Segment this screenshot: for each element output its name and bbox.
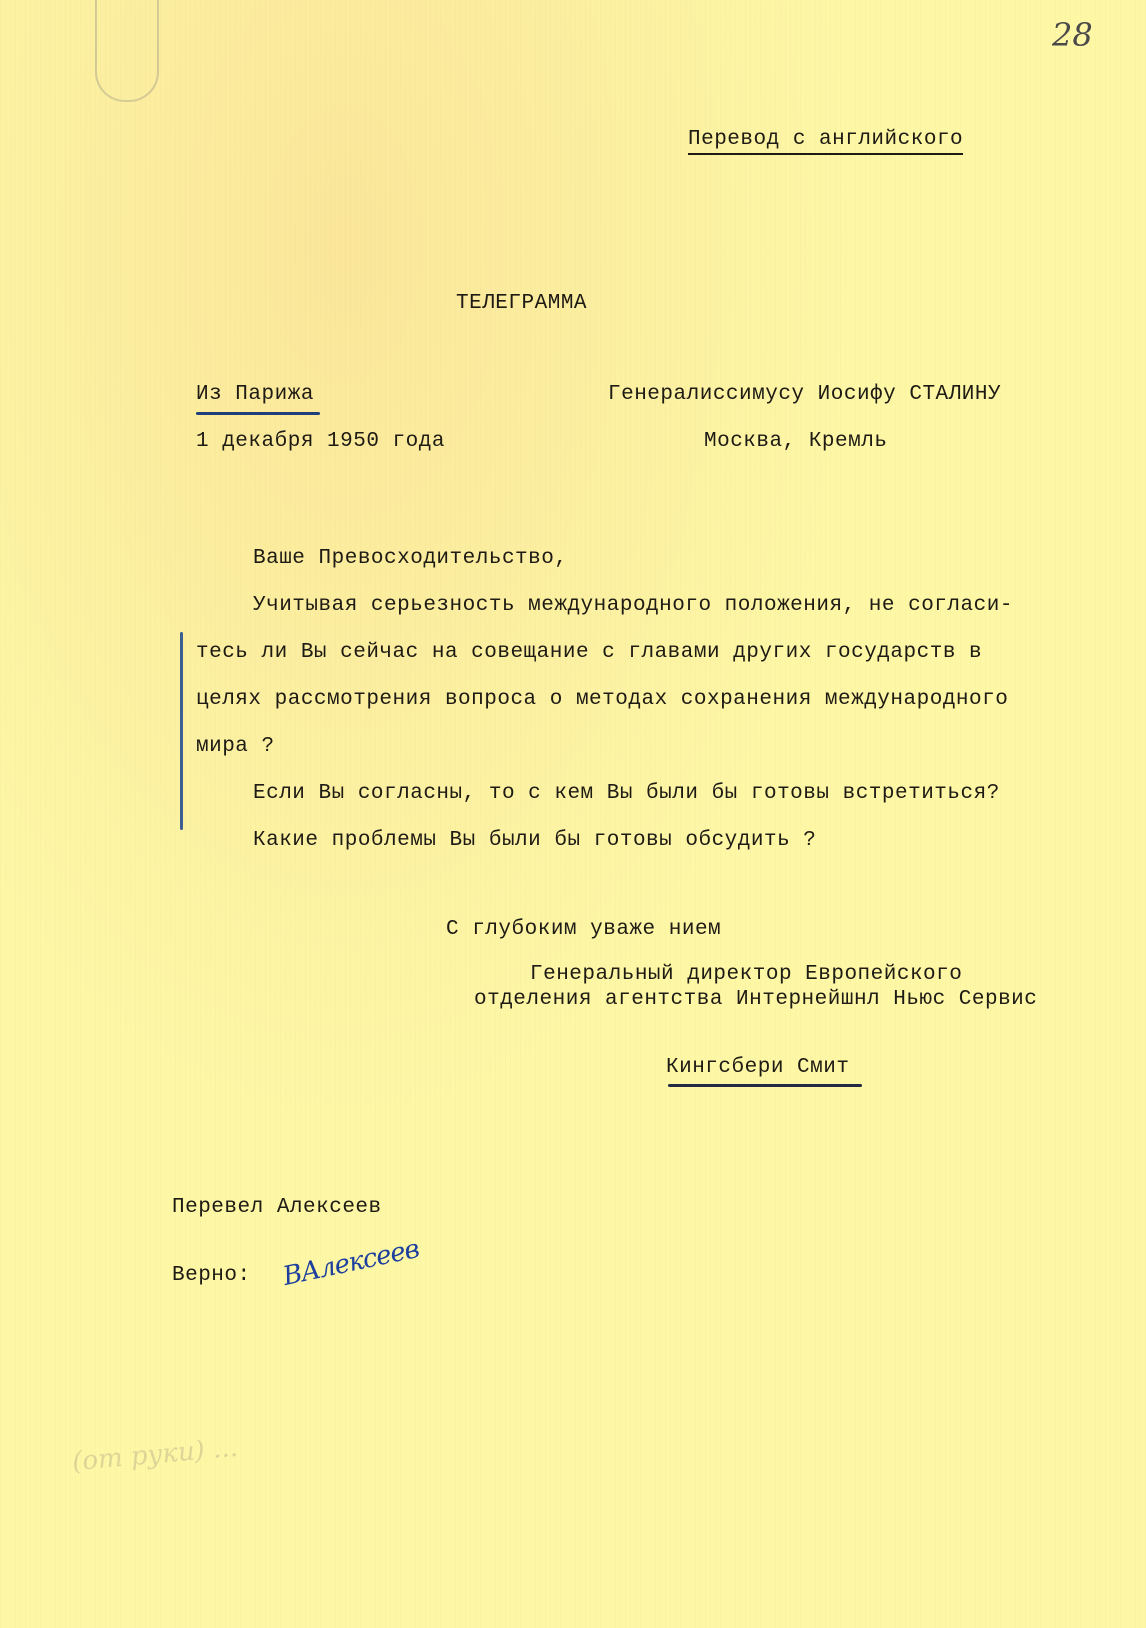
recipient-address: Москва, Кремль bbox=[704, 430, 887, 453]
body-line: Учитывая серьезность международного поло… bbox=[253, 594, 1013, 617]
body-line: мира ? bbox=[196, 735, 275, 758]
margin-highlight-mark bbox=[180, 632, 183, 830]
body-line: целях рассмотрения вопроса о методах сох… bbox=[196, 688, 1008, 711]
body-line: Какие проблемы Вы были бы готовы обсудит… bbox=[253, 829, 816, 852]
header-note: Перевод с английского bbox=[688, 128, 963, 155]
blue-underline bbox=[196, 412, 320, 415]
document-page: 28 Перевод с английского ТЕЛЕГРАММА Из П… bbox=[0, 0, 1146, 1628]
handwritten-signature: ВАлексеев bbox=[280, 1234, 421, 1292]
closing-title-line2: отделения агентства Интернейшнл Ньюс Сер… bbox=[474, 988, 1037, 1011]
verified-label: Верно: bbox=[172, 1264, 251, 1287]
salutation: Ваше Превосходительство, bbox=[253, 547, 567, 570]
translator-note: Перевел Алексеев bbox=[172, 1196, 382, 1219]
body-line: Если Вы согласны, то с кем Вы были бы го… bbox=[253, 782, 1000, 805]
recipient-name: Генералиссимусу Иосифу СТАЛИНУ bbox=[608, 383, 1001, 406]
signatory-underline bbox=[668, 1084, 862, 1087]
sender-date: 1 декабря 1950 года bbox=[196, 430, 445, 453]
faded-handwritten-note: (от руки) ... bbox=[71, 1433, 239, 1477]
closing-title-line1: Генеральный директор Европейского bbox=[530, 963, 962, 986]
sender-origin: Из Парижа bbox=[196, 383, 314, 406]
closing-regards: С глубоким уваже нием bbox=[446, 918, 721, 941]
body-line: тесь ли Вы сейчас на совещание с главами… bbox=[196, 641, 982, 664]
page-number: 28 bbox=[1052, 16, 1093, 54]
document-title: ТЕЛЕГРАММА bbox=[456, 292, 587, 315]
paper-fold-mark bbox=[95, 0, 159, 102]
signatory-name: Кингсбери Смит bbox=[666, 1056, 849, 1079]
